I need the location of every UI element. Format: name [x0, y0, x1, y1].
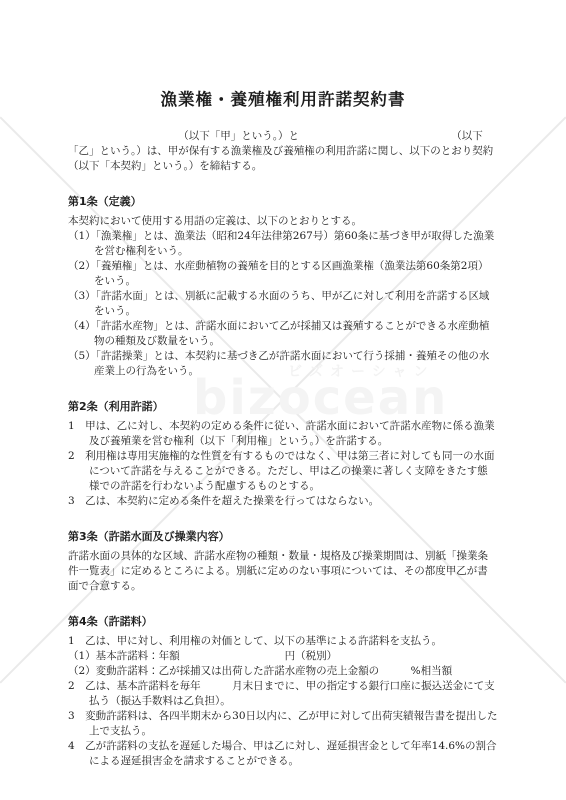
contract-paragraph: 2 利用権は専用実施権的な性質を有するものではなく、甲は第三者に対しても同一の水…	[68, 449, 498, 494]
article-section: 第3条（許諾水面及び操業内容） 許諾水面の具体的な区域、許諾水産物の種類・数量・…	[68, 529, 498, 594]
contract-paragraph: 本契約において使用する用語の定義は、以下のとおりとする。	[68, 214, 498, 229]
contract-paragraph: 1 甲は、乙に対し、本契約の定める条件に従い、許諾水面において許諾水産物に係る漁…	[68, 419, 498, 449]
contract-paragraph: （5）「許諾操業」とは、本契約に基づき乙が許諾水面において行う採捕・養殖その他の…	[68, 349, 498, 379]
article-section: 第1条（定義） 本契約において使用する用語の定義は、以下のとおりとする。（1）「…	[68, 194, 498, 379]
article-heading: 第4条（許諾料）	[68, 614, 498, 630]
contract-paragraph: 4 乙が許諾料の支払を遅延した場合、甲は乙に対し、遅延損害金として年率14.6%…	[68, 739, 498, 769]
article-heading: 第1条（定義）	[68, 194, 498, 210]
article-body: 1 甲は、乙に対し、本契約の定める条件に従い、許諾水面において許諾水産物に係る漁…	[68, 419, 498, 509]
contract-paragraph: （4）「許諾水産物」とは、許諾水面において乙が採捕又は養殖することができる水産動…	[68, 319, 498, 349]
article-body: 本契約において使用する用語の定義は、以下のとおりとする。（1）「漁業権」とは、漁…	[68, 214, 498, 379]
contract-paragraph: 許諾水面の具体的な区域、許諾水産物の種類・数量・規格及び操業期間は、別紙「操業条…	[68, 549, 498, 594]
contract-paragraph: 1 乙は、甲に対し、利用権の対価として、以下の基準による許諾料を支払う。	[68, 634, 498, 649]
document-body: 漁業権・養殖権利用許諾契約書 （以下「甲」という。）と （以下「乙」という。）は…	[68, 0, 498, 769]
contract-paragraph: （2）変動許諾料：乙が採捕又は出荷した許諾水産物の売上金額の %相当額	[68, 664, 498, 679]
article-body: 許諾水面の具体的な区域、許諾水産物の種類・数量・規格及び操業期間は、別紙「操業条…	[68, 549, 498, 594]
article-section: 第4条（許諾料） 1 乙は、甲に対し、利用権の対価として、以下の基準による許諾料…	[68, 614, 498, 769]
preamble-paragraph: （以下「甲」という。）と （以下「乙」という。）は、甲が保有する漁業権及び養殖権…	[68, 129, 498, 174]
contract-paragraph: （1）「漁業権」とは、漁業法（昭和24年法律第267号）第60条に基づき甲が取得…	[68, 229, 498, 259]
contract-page: ビズオーシャン bizocean 漁業権・養殖権利用許諾契約書 （以下「甲」とい…	[0, 0, 566, 800]
contract-paragraph: （2）「養殖権」とは、水産動植物の養殖を目的とする区画漁業権（漁業法第60条第2…	[68, 259, 498, 289]
article-heading: 第3条（許諾水面及び操業内容）	[68, 529, 498, 545]
article-heading: 第2条（利用許諾）	[68, 399, 498, 415]
contract-paragraph: 3 変動許諾料は、各四半期末から30日以内に、乙が甲に対して出荷実績報告書を提出…	[68, 709, 498, 739]
article-body: 1 乙は、甲に対し、利用権の対価として、以下の基準による許諾料を支払う。（1）基…	[68, 634, 498, 769]
document-title: 漁業権・養殖権利用許諾契約書	[68, 88, 498, 112]
article-section: 第2条（利用許諾） 1 甲は、乙に対し、本契約の定める条件に従い、許諾水面におい…	[68, 399, 498, 509]
contract-paragraph: 3 乙は、本契約に定める条件を超えた操業を行ってはならない。	[68, 494, 498, 509]
contract-paragraph: 2 乙は、基本許諾料を毎年 月末日までに、甲の指定する銀行口座に振込送金にて支払…	[68, 679, 498, 709]
articles-container: 第1条（定義） 本契約において使用する用語の定義は、以下のとおりとする。（1）「…	[68, 194, 498, 769]
contract-paragraph: （3）「許諾水面」とは、別紙に記載する水面のうち、甲が乙に対して利用を許諾する区…	[68, 289, 498, 319]
contract-paragraph: （1）基本許諾料：年額 円（税別）	[68, 649, 498, 664]
